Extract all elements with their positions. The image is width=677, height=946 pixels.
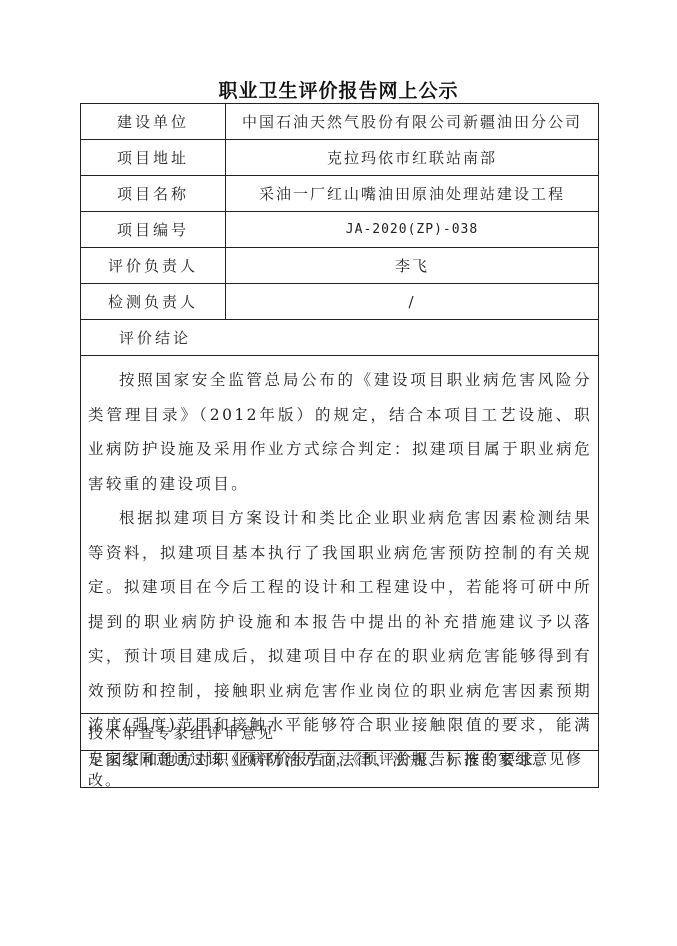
expert-review-opinion: 专家组同意通过该《预评价报告》，《预评价报告》按专家组意见修改。 xyxy=(81,751,598,787)
disclosure-table: 建设单位 中国石油天然气股份有限公司新疆油田分公司 项目地址 克拉玛依市红联站南… xyxy=(80,103,599,788)
value-testing-lead: / xyxy=(226,284,598,319)
table-row-project-name: 项目名称 采油一厂红山嘴油田原油处理站建设工程 xyxy=(81,176,598,212)
label-project-name: 项目名称 xyxy=(81,176,226,211)
label-evaluation-lead: 评价负责人 xyxy=(81,248,226,283)
value-project-number: JA-2020(ZP)-038 xyxy=(226,212,598,247)
label-testing-lead: 检测负责人 xyxy=(81,284,226,319)
table-row-evaluation-lead: 评价负责人 李飞 xyxy=(81,248,598,284)
value-construction-unit: 中国石油天然气股份有限公司新疆油田分公司 xyxy=(226,104,598,139)
table-row-project-number: 项目编号 JA-2020(ZP)-038 xyxy=(81,212,598,248)
table-row-project-address: 项目地址 克拉玛依市红联站南部 xyxy=(81,140,598,176)
table-row-testing-lead: 检测负责人 / xyxy=(81,284,598,320)
label-project-address: 项目地址 xyxy=(81,140,226,175)
value-project-address: 克拉玛依市红联站南部 xyxy=(226,140,598,175)
conclusion-heading: 评价结论 xyxy=(81,320,598,356)
conclusion-paragraph: 按照国家安全监管总局公布的《建设项目职业病危害风险分类管理目录》（2012年版）… xyxy=(88,363,592,501)
table-row-construction-unit: 建设单位 中国石油天然气股份有限公司新疆油田分公司 xyxy=(81,104,598,140)
label-construction-unit: 建设单位 xyxy=(81,104,226,139)
value-project-name: 采油一厂红山嘴油田原油处理站建设工程 xyxy=(226,176,598,211)
value-evaluation-lead: 李飞 xyxy=(226,248,598,283)
conclusion-body: 按照国家安全监管总局公布的《建设项目职业病危害风险分类管理目录》（2012年版）… xyxy=(81,356,598,714)
document-title: 职业卫生评价报告网上公示 xyxy=(0,76,677,103)
label-project-number: 项目编号 xyxy=(81,212,226,247)
